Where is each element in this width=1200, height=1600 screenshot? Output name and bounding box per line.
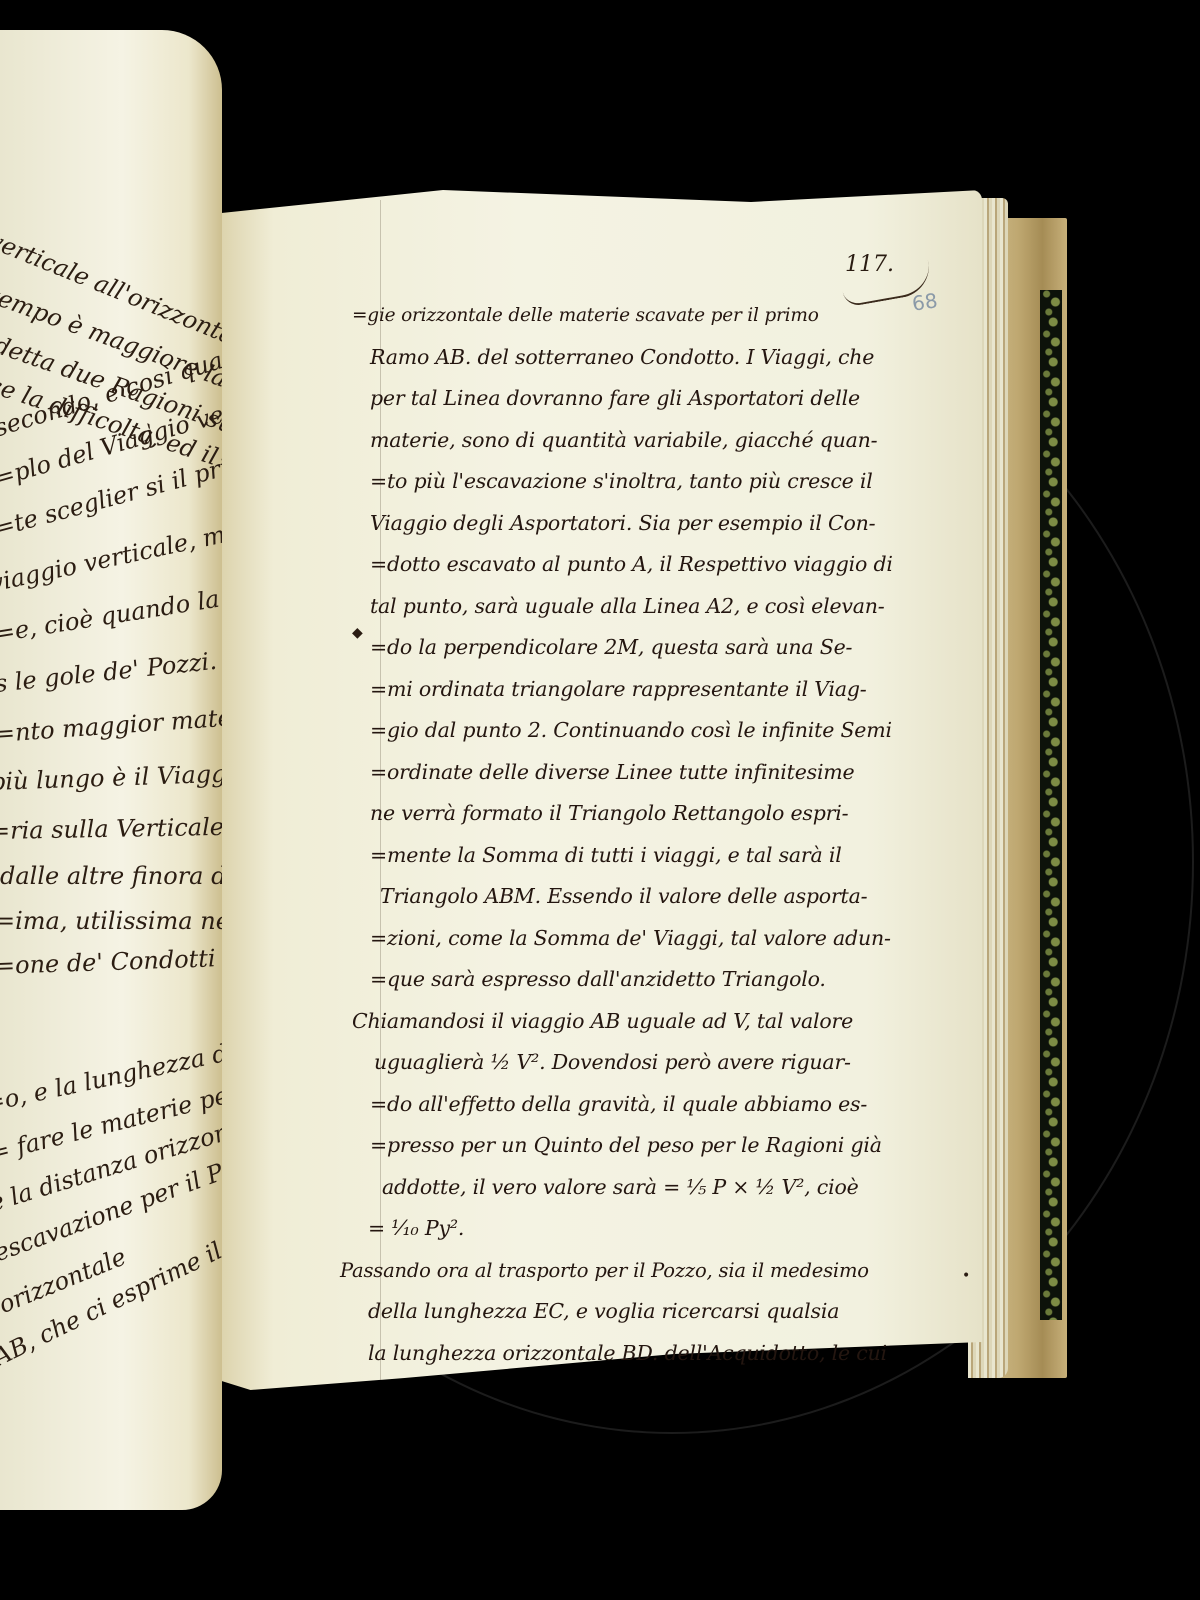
text-line: =to più l'escavazione s'inoltra, tanto p… <box>352 461 912 503</box>
text-line: =mi ordinata triangolare rappresentante … <box>352 669 912 711</box>
left-line: =ria sulla Verticale del <box>0 812 222 845</box>
text-line: =presso per un Quinto del peso per le Ra… <box>352 1125 912 1167</box>
pencil-folio-number: 68 <box>910 288 939 315</box>
left-line: s le gole de' Pozzi. Accio <box>0 639 222 698</box>
text-line: materie, sono di quantità variabile, gia… <box>352 420 912 462</box>
text-line: =que sarà espresso dall'anzidetto Triang… <box>352 959 912 1001</box>
left-line: =ima, utilissima nella <box>0 907 222 935</box>
left-page: verticale all'orizzontale, p tempo è mag… <box>0 30 222 1510</box>
left-line: =nto maggior materia <box>0 701 222 748</box>
text-line: = ¹⁄₁₀ Py². <box>352 1208 912 1250</box>
left-line: =one de' Condotti sotterranei <box>0 939 222 980</box>
text-line: ne verrà formato il Triangolo Rettangolo… <box>352 793 912 835</box>
text-line: Viaggio degli Asportatori. Sia per esemp… <box>352 503 912 545</box>
text-line: tal punto, sarà uguale alla Linea A2, e … <box>352 586 912 628</box>
text-line: la lunghezza orizzontale BD. dell'Acquid… <box>352 1333 912 1375</box>
text-line: =ordinate delle diverse Linee tutte infi… <box>352 752 912 794</box>
text-line: =do all'effetto della gravità, il quale … <box>352 1084 912 1126</box>
text-line: =gie orizzontale delle materie scavate p… <box>352 295 912 337</box>
left-line: più lungo è il Viaggio oriz <box>0 757 222 796</box>
handwritten-text-block: =gie orizzontale delle materie scavate p… <box>352 295 912 1374</box>
text-line: della lunghezza EC, e voglia ricercarsi … <box>352 1291 912 1333</box>
text-line: uguaglierà ½ V². Dovendosi però avere ri… <box>352 1042 912 1084</box>
text-line: per tal Linea dovranno fare gli Asportat… <box>352 378 912 420</box>
text-line: Chiamandosi il viaggio AB uguale ad V, t… <box>352 1001 912 1043</box>
text-line: =gio dal punto 2. Continuando così le in… <box>352 710 912 752</box>
text-line: Passando ora al trasporto per il Pozzo, … <box>340 1250 912 1292</box>
ink-mark: • <box>962 1268 970 1284</box>
left-line: dalle altre finora dette <box>0 862 222 890</box>
text-line: Ramo AB. del sotterraneo Condotto. I Via… <box>352 337 912 379</box>
marbled-cover-edge <box>1040 290 1062 1320</box>
text-line: =zioni, come la Somma de' Viaggi, tal va… <box>352 918 912 960</box>
text-line: Triangolo ABM. Essendo il valore delle a… <box>352 876 912 918</box>
text-line: =mente la Somma di tutti i viaggi, e tal… <box>352 835 912 877</box>
text-line: addotte, il vero valore sarà = ⅕ P × ½ V… <box>352 1167 912 1209</box>
text-line: =do la perpendicolare 2M, questa sarà un… <box>352 627 912 669</box>
text-line: =dotto escavato al punto A, il Respettiv… <box>352 544 912 586</box>
